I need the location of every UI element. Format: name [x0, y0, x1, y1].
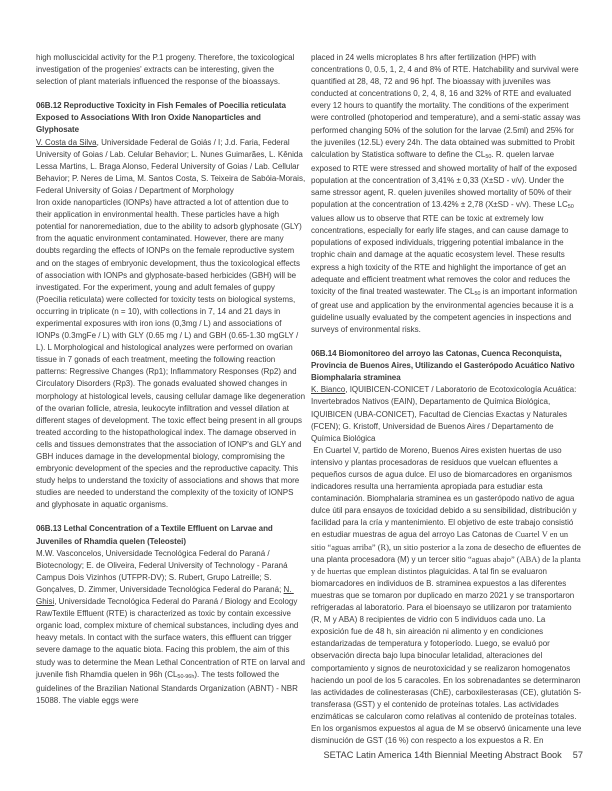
- left-column: high molluscicidal activity for the P.1 …: [36, 52, 306, 707]
- author-list: M.W. Vasconcelos, Universidade Tecnológi…: [36, 549, 290, 594]
- abstract-06b14-authors: K. Bianco, IQUIBICEN-CONICET / Laborator…: [311, 384, 583, 444]
- subscript-cl50-96h: 50-96h: [177, 674, 194, 680]
- abstract-06b13-body-continued: placed in 24 wells microplates 8 hrs aft…: [311, 52, 583, 336]
- body-text: values allow us to observe that RTE can …: [311, 200, 576, 296]
- abstract-06b12-body: Iron oxide nanoparticles (IONPs) have at…: [36, 197, 306, 511]
- abstract-06b14-body: En Cuartel V, partido de Moreno, Buenos …: [311, 445, 583, 747]
- page-number: 57: [573, 750, 583, 760]
- abstract-06b14-title: 06B.14 Biomonitoreo del arroyo las Caton…: [311, 348, 583, 384]
- abstract-06b12-title: 06B.12 Reproductive Toxicity in Fish Fem…: [36, 100, 306, 136]
- body-text: placed in 24 wells microplates 8 hrs aft…: [311, 53, 583, 159]
- body-text: plaguicidas. A tal fin se evaluaron biom…: [311, 567, 584, 745]
- abstract-book-page: high molluscicidal activity for the P.1 …: [0, 0, 612, 791]
- presenting-author-costa-da-silva: V. Costa da Silva: [36, 138, 97, 147]
- abstract-06b12-authors: V. Costa da Silva, Universidade Federal …: [36, 137, 306, 197]
- author-list: , IQUIBICEN-CONICET / Laboratorio de Eco…: [311, 385, 579, 442]
- body-text: En Cuartel V, partido de Moreno, Buenos …: [311, 446, 579, 540]
- paragraph-continuation: high molluscicidal activity for the P.1 …: [36, 52, 306, 88]
- footer-text: SETAC Latin America 14th Biennial Meetin…: [323, 750, 561, 760]
- page-footer: SETAC Latin America 14th Biennial Meetin…: [323, 749, 583, 761]
- presenting-author-bianco: K. Bianco: [311, 385, 345, 394]
- abstract-06b13-title: 06B.13 Lethal Concentration of a Textile…: [36, 523, 306, 547]
- body-text: RawTextile Effluent (RTE) is characteriz…: [36, 609, 307, 678]
- abstract-06b13-authors: M.W. Vasconcelos, Universidade Tecnológi…: [36, 548, 306, 608]
- abstract-06b13-body: RawTextile Effluent (RTE) is characteriz…: [36, 608, 306, 707]
- author-list-affiliation: , Universidade Tecnológica Federal do Pa…: [54, 597, 297, 606]
- right-column: placed in 24 wells microplates 8 hrs aft…: [311, 52, 583, 747]
